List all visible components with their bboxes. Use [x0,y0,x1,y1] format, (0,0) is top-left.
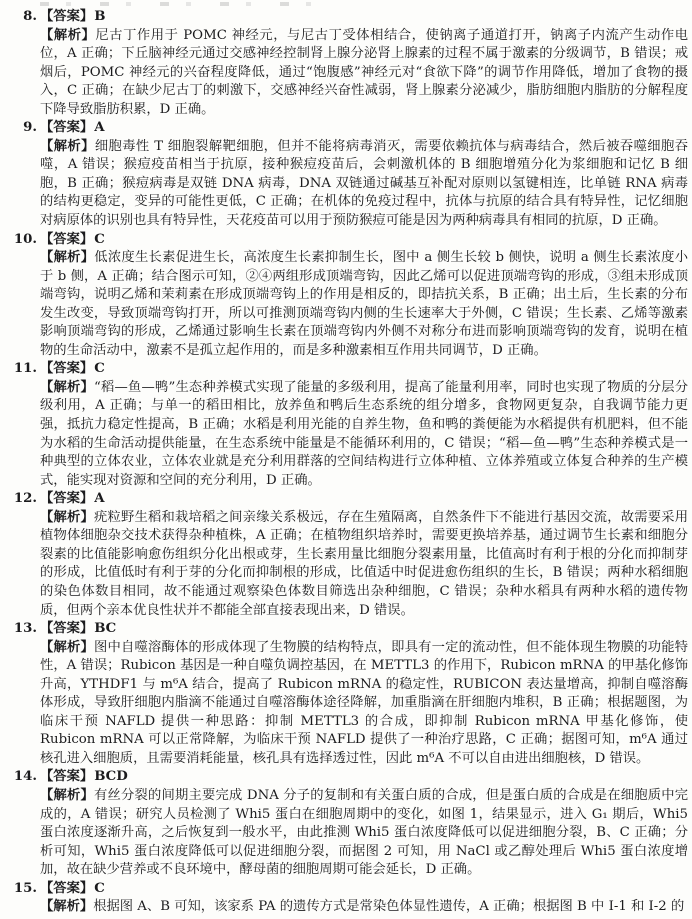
analysis-text: 细胞毒性 T 细胞裂解靶细胞，但并不能将病毒消灭，需要依赖抗体与病毒结合，然后被… [40,139,688,228]
analysis-paragraph: 【解析】低浓度生长素促进生长，高浓度生长素抑制生长，图中 a 侧生长较 b 侧快… [40,249,688,360]
analysis-label: 【解析】 [40,510,94,525]
analysis-text: 尼古丁作用于 POMC 神经元，与尼古丁受体相结合，使钠离子通道打开，钠离子内流… [40,28,688,117]
analysis-label: 【解析】 [40,28,95,43]
analysis-label: 【解析】 [40,250,94,265]
answer-label: 【答案】 [40,621,93,636]
analysis-label: 【解析】 [40,640,94,655]
answer-item-11: 11.【答案】C 【解析】“稻—鱼—鸭”生态种养模式实现了能量的多级利用，提高了… [40,360,688,490]
item-number: 15. [6,880,37,899]
answer-label: 【答案】 [40,361,93,376]
analysis-paragraph: 【解析】尼古丁作用于 POMC 神经元，与尼古丁受体相结合，使钠离子通道打开，钠… [40,27,688,120]
answer-row: 14.【答案】BCD [40,768,688,787]
answer-value: BCD [93,769,128,784]
answer-item-8: 8.【答案】B 【解析】尼古丁作用于 POMC 神经元，与尼古丁受体相结合，使钠… [40,8,688,119]
item-number: 9. [6,119,37,138]
answer-row: 10.【答案】C [40,231,688,250]
answer-item-10: 10.【答案】C 【解析】低浓度生长素促进生长，高浓度生长素抑制生长，图中 a … [40,231,688,361]
answer-value: B [93,9,105,24]
answer-row: 9.【答案】A [40,119,688,138]
analysis-label: 【解析】 [40,380,94,395]
answer-row: 8.【答案】B [40,8,688,27]
analysis-label: 【解析】 [40,899,93,914]
analysis-paragraph: 【解析】根据图 A、B 可知，该家系 PA 的遗传方式是常染色体显性遗传，A 正… [40,898,688,917]
item-number: 11. [6,360,37,379]
answer-value: A [93,120,104,135]
analysis-text: 疣粒野生稻和栽培稻之间亲缘关系极远，存在生殖隔离，自然条件下不能进行基因交流，故… [40,510,688,618]
analysis-paragraph: 【解析】细胞毒性 T 细胞裂解靶细胞，但并不能将病毒消灭，需要依赖抗体与病毒结合… [40,138,688,231]
document-page: 8.【答案】B 【解析】尼古丁作用于 POMC 神经元，与尼古丁受体相结合，使钠… [0,0,692,919]
analysis-text: “稻—鱼—鸭”生态种养模式实现了能量的多级利用，提高了能量利用率，同时也实现了物… [40,380,688,488]
answer-value: C [93,232,105,247]
item-number: 10. [6,231,37,250]
answer-label: 【答案】 [40,9,93,24]
answer-value: C [93,361,105,376]
item-number: 14. [6,768,37,787]
analysis-paragraph: 【解析】“稻—鱼—鸭”生态种养模式实现了能量的多级利用，提高了能量利用率，同时也… [40,379,688,490]
answer-label: 【答案】 [40,120,93,135]
answer-label: 【答案】 [40,881,93,896]
analysis-text: 图中自噬溶酶体的形成体现了生物膜的结构特点，即具有一定的流动性，但不能体现生物膜… [40,640,688,766]
answer-label: 【答案】 [40,769,93,784]
analysis-label: 【解析】 [40,139,95,154]
answer-item-15: 15.【答案】C 【解析】根据图 A、B 可知，该家系 PA 的遗传方式是常染色… [40,880,688,917]
answer-item-13: 13.【答案】BC 【解析】图中自噬溶酶体的形成体现了生物膜的结构特点，即具有一… [40,620,688,768]
item-number: 8. [6,8,37,27]
analysis-paragraph: 【解析】有丝分裂的间期主要完成 DNA 分子的复制和有关蛋白质的合成，但是蛋白质… [40,787,688,880]
analysis-label: 【解析】 [40,788,94,803]
analysis-paragraph: 【解析】图中自噬溶酶体的形成体现了生物膜的结构特点，即具有一定的流动性，但不能体… [40,639,688,769]
item-number: 13. [6,620,37,639]
item-number: 12. [6,490,37,509]
answer-label: 【答案】 [40,491,93,506]
analysis-paragraph: 【解析】疣粒野生稻和栽培稻之间亲缘关系极远，存在生殖隔离，自然条件下不能进行基因… [40,509,688,620]
analysis-text: 根据图 A、B 可知，该家系 PA 的遗传方式是常染色体显性遗传，A 正确；根据… [93,899,684,914]
answer-item-12: 12.【答案】A 【解析】疣粒野生稻和栽培稻之间亲缘关系极远，存在生殖隔离，自然… [40,490,688,620]
answer-row: 15.【答案】C [40,880,688,899]
answer-row: 12.【答案】A [40,490,688,509]
clipped-previous-line-fragment [40,2,320,6]
analysis-text: 有丝分裂的间期主要完成 DNA 分子的复制和有关蛋白质的合成，但是蛋白质的合成是… [40,788,688,877]
answer-row: 13.【答案】BC [40,620,688,639]
answer-value: A [93,491,104,506]
answer-item-9: 9.【答案】A 【解析】细胞毒性 T 细胞裂解靶细胞，但并不能将病毒消灭，需要依… [40,119,688,230]
answer-value: BC [93,621,116,636]
answer-label: 【答案】 [40,232,93,247]
analysis-text: 低浓度生长素促进生长，高浓度生长素抑制生长，图中 a 侧生长较 b 侧快，说明 … [40,250,688,358]
answer-item-14: 14.【答案】BCD 【解析】有丝分裂的间期主要完成 DNA 分子的复制和有关蛋… [40,768,688,879]
answer-row: 11.【答案】C [40,360,688,379]
answer-value: C [93,881,105,896]
